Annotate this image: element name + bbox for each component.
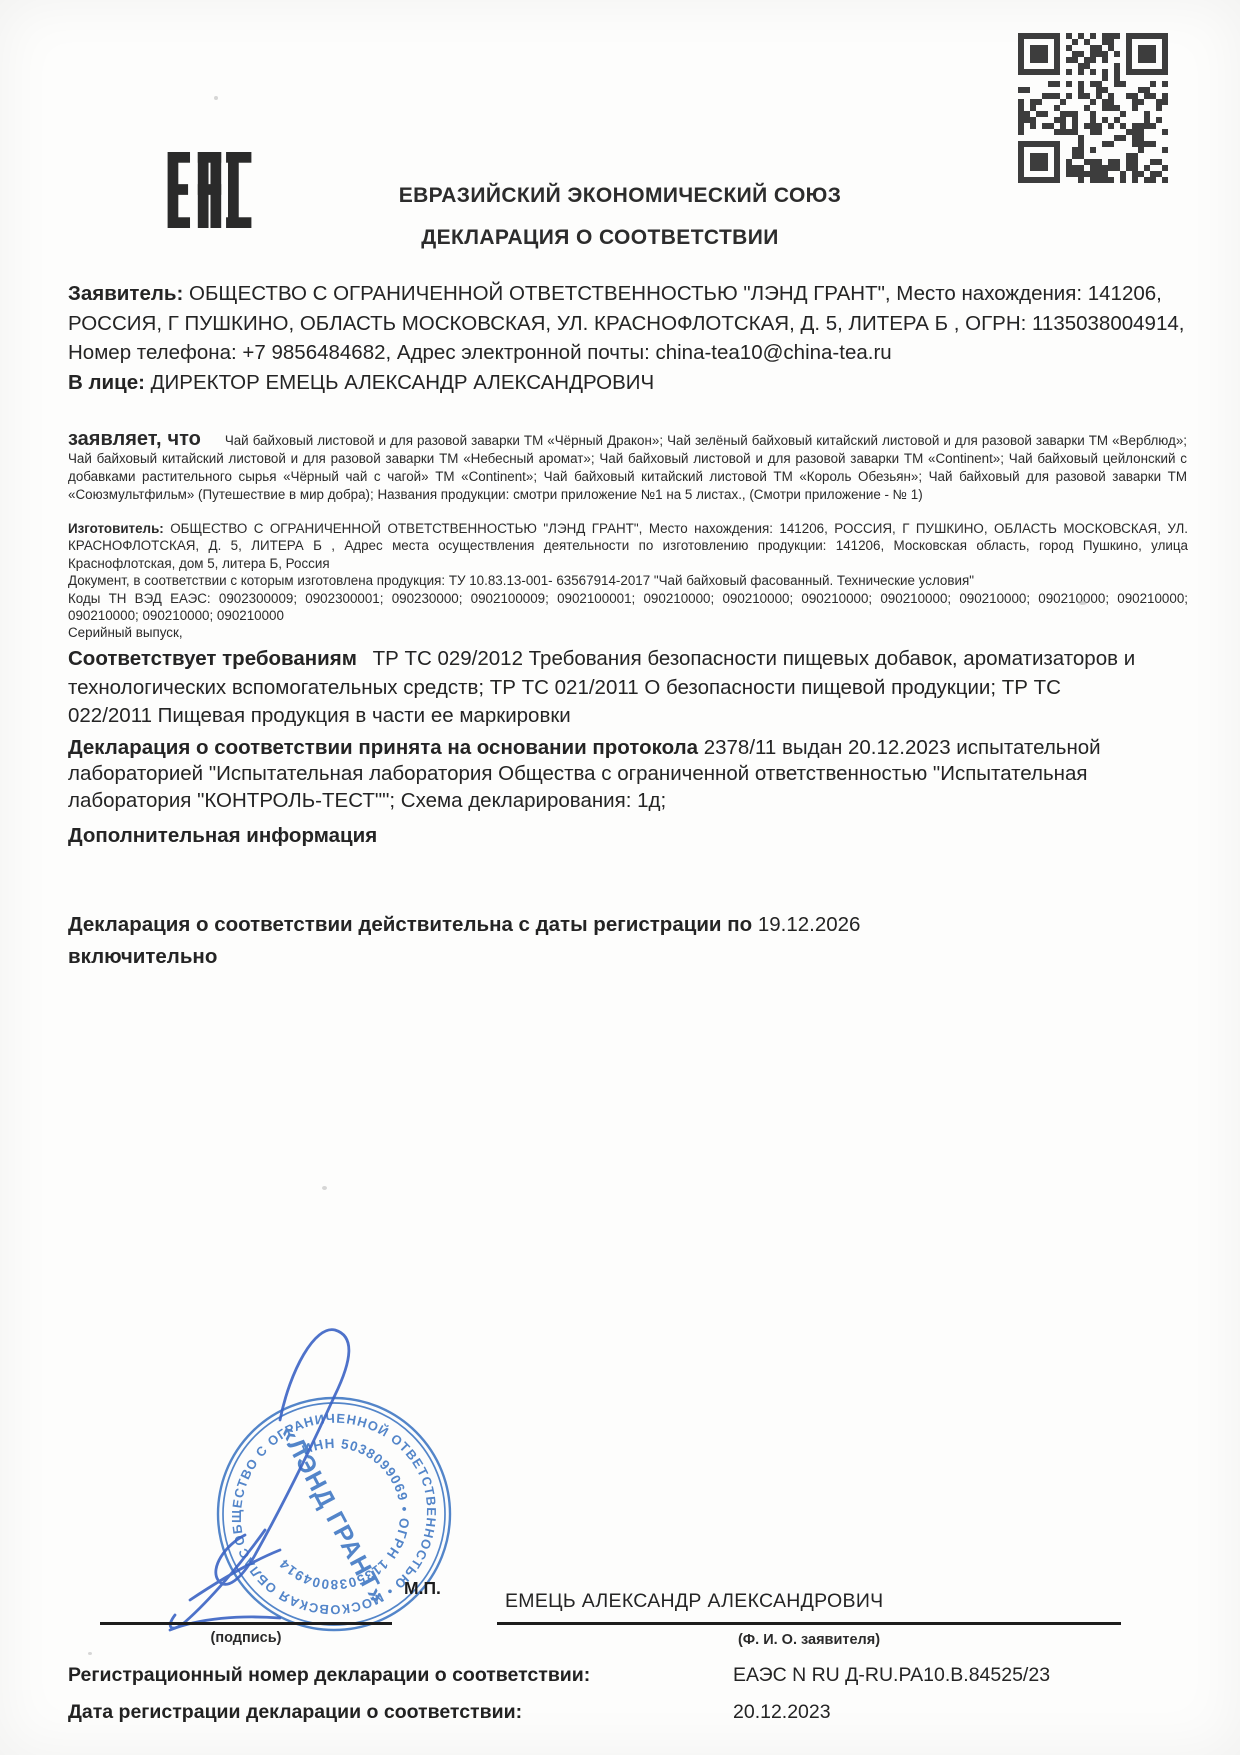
person-text: ДИРЕКТОР ЕМЕЦЬ АЛЕКСАНДР АЛЕКСАНДРОВИЧ: [145, 371, 654, 394]
declares-text: Чай байховый листовой и для разовой зава…: [68, 433, 1187, 502]
scan-speck: [88, 1652, 92, 1655]
scan-speck: [322, 1186, 327, 1190]
production-document-line: Документ, в соответствии с которым изгот…: [68, 572, 1188, 589]
name-caption: (Ф. И. О. заявителя): [497, 1632, 1121, 1648]
declares-paragraph: заявляет, чтоЧай байховый листовой и для…: [68, 429, 1187, 504]
applicant-text: ОБЩЕСТВО С ОГРАНИЧЕННОЙ ОТВЕТСТВЕННОСТЬЮ…: [68, 282, 1184, 364]
additional-info-label: Дополнительная информация: [68, 821, 868, 851]
manufacturer-text: ОБЩЕСТВО С ОГРАНИЧЕННОЙ ОТВЕТСТВЕННОСТЬЮ…: [68, 521, 1188, 571]
declaration-document-page: ЕВРАЗИЙСКИЙ ЭКОНОМИЧЕСКИЙ СОЮЗ ДЕКЛАРАЦИ…: [0, 0, 1240, 1755]
document-title: ДЕКЛАРАЦИЯ О СООТВЕТСТВИИ: [170, 226, 1030, 250]
applicant-paragraph: Заявитель: ОБЩЕСТВО С ОГРАНИЧЕННОЙ ОТВЕТ…: [68, 279, 1186, 397]
tnved-codes-line: Коды ТН ВЭД ЕАЭС: 0902300009; 0902300001…: [68, 590, 1188, 625]
serial-line: Серийный выпуск,: [68, 624, 1188, 641]
signature-scribble: [130, 1300, 420, 1660]
manufacturer-paragraph: Изготовитель: ОБЩЕСТВО С ОГРАНИЧЕННОЙ ОТ…: [68, 520, 1188, 572]
signature-caption: (подпись): [100, 1630, 392, 1646]
signature-line-right: [497, 1622, 1121, 1625]
manufacturer-label: Изготовитель:: [68, 521, 164, 536]
validity-suffix: включительно: [68, 941, 1188, 973]
person-line: В лице: ДИРЕКТОР ЕМЕЦЬ АЛЕКСАНДР АЛЕКСАН…: [68, 368, 1186, 398]
registration-date-value: 20.12.2023: [733, 1701, 831, 1724]
manufacturer-section: Изготовитель: ОБЩЕСТВО С ОГРАНИЧЕННОЙ ОТ…: [68, 520, 1188, 642]
validity-paragraph: Декларация о соответствии действительна …: [68, 909, 1188, 972]
basis-label: Декларация о соответствии принята на осн…: [68, 736, 698, 759]
signature-line-left: [100, 1622, 392, 1625]
declares-label: заявляет, что: [68, 428, 201, 450]
qr-code-icon: [1018, 31, 1168, 185]
signer-full-name: ЕМЕЦЬ АЛЕКСАНДР АЛЕКСАНДРОВИЧ: [505, 1590, 1125, 1613]
basis-paragraph: Декларация о соответствии принята на осн…: [68, 735, 1173, 814]
scan-speck: [214, 96, 218, 100]
validity-label: Декларация о соответствии действительна …: [68, 913, 752, 936]
mp-seal-placeholder-label: М.П.: [404, 1578, 441, 1599]
union-title: ЕВРАЗИЙСКИЙ ЭКОНОМИЧЕСКИЙ СОЮЗ: [170, 184, 1070, 208]
registration-date-label: Дата регистрации декларации о соответств…: [68, 1701, 522, 1724]
registration-number-label: Регистрационный номер декларации о соотв…: [68, 1664, 590, 1687]
registration-number-value: ЕАЭС N RU Д-RU.РА10.В.84525/23: [733, 1664, 1050, 1687]
validity-date: 19.12.2026: [752, 913, 860, 936]
conformity-label: Соответствует требованиям: [68, 647, 357, 670]
scan-speck: [1078, 601, 1087, 605]
applicant-label: Заявитель:: [68, 282, 183, 305]
person-label: В лице:: [68, 371, 145, 394]
conformity-paragraph: Соответствует требованиям ТР ТС 029/2012…: [68, 645, 1143, 731]
